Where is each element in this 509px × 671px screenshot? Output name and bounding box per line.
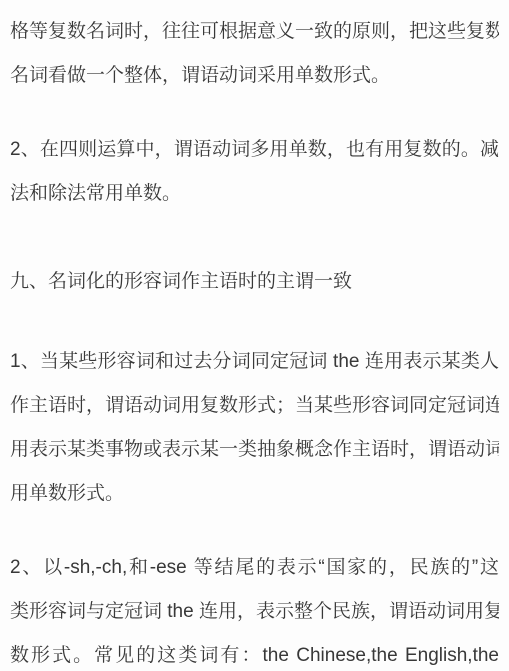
text-line: 法和除法常用单数。 [10,172,499,216]
text-line: 2、以-sh,-ch,和-ese 等结尾的表示“国家的，民族的”这 [10,546,499,590]
text-line: 用单数形式。 [10,472,499,516]
heading-line: 九、名词化的形容词作主语时的主谓一致 [10,260,499,304]
text-line: 格等复数名词时，往往可根据意义一致的原则，把这些复数 [10,10,499,54]
text-line: 类形容词与定冠词 the 连用，表示整个民族，谓语动词用复 [10,590,499,634]
document-page: 格等复数名词时，往往可根据意义一致的原则，把这些复数名词看做一个整体，谓语动词采… [0,0,509,671]
text-line: 用表示某类事物或表示某一类抽象概念作主语时，谓语动词 [10,428,499,472]
text-line: 数形式。常见的这类词有：the Chinese,the English,the [10,634,499,671]
paragraph: 格等复数名词时，往往可根据意义一致的原则，把这些复数名词看做一个整体，谓语动词采… [10,10,499,98]
text-line: 作主语时，谓语动词用复数形式；当某些形容词同定冠词连 [10,384,499,428]
text-line: 名词看做一个整体，谓语动词采用单数形式。 [10,54,499,98]
paragraph: 1、当某些形容词和过去分词同定冠词 the 连用表示某类人作主语时，谓语动词用复… [10,340,499,516]
paragraph: 2、以-sh,-ch,和-ese 等结尾的表示“国家的，民族的”这类形容词与定冠… [10,546,499,671]
text-line: 1、当某些形容词和过去分词同定冠词 the 连用表示某类人 [10,340,499,384]
paragraph: 2、在四则运算中，谓语动词多用单数，也有用复数的。减法和除法常用单数。 [10,128,499,216]
section-heading: 九、名词化的形容词作主语时的主谓一致 [10,260,499,304]
text-line: 2、在四则运算中，谓语动词多用单数，也有用复数的。减 [10,128,499,172]
